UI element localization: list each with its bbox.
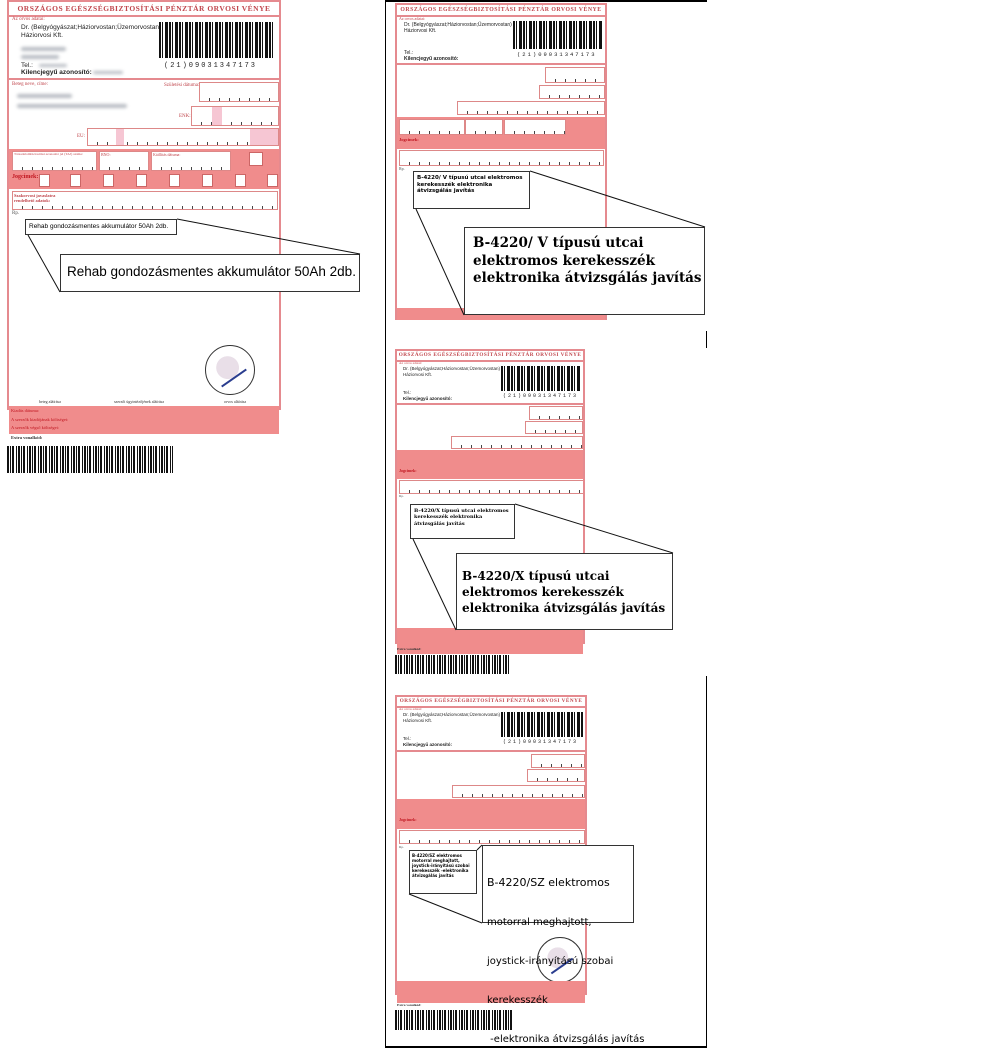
- callout-line: joystick-irányítású szobai: [487, 955, 629, 968]
- right-border-fragment: [706, 331, 707, 348]
- id-label: Kilencjegyű azonosító:: [403, 742, 452, 747]
- callout-2: B-4220/ V típusú utcai elektromos kereke…: [464, 227, 705, 315]
- separator: [397, 750, 585, 752]
- doctor-data-label: Az orvos adatai:: [399, 707, 422, 711]
- redacted-address: [21, 55, 59, 59]
- callout-3: B-4220/X típusú utcai elektromos kerekes…: [456, 553, 673, 630]
- birth-date-field: [545, 67, 605, 83]
- issue-date-field: [504, 119, 566, 135]
- tel-label: Tel.:: [21, 62, 33, 69]
- jogcim-band: [397, 466, 583, 479]
- birth-date-field: [199, 82, 279, 102]
- rp-label: Rp.: [399, 845, 404, 849]
- birth-date-field: [529, 406, 583, 420]
- device-field: [399, 830, 585, 844]
- top-border: [385, 0, 707, 2]
- small-note-3: B-4220/X típusú utcai elektromos kerekes…: [410, 504, 515, 539]
- doctor-line: Dr. (Belgyógyászat;Háziorvostan;Üzemorvo…: [403, 712, 500, 717]
- extra-barcode-label: Extra vonalkód:: [397, 647, 421, 651]
- patient-label: Beteg neve, címe:: [12, 82, 48, 87]
- jogcim-box: [103, 174, 114, 187]
- rp-label: Rp.: [12, 211, 19, 216]
- jogcim-label: Jogcímek:: [12, 174, 38, 180]
- footer-line: A szerzők végső költségei:: [11, 425, 59, 430]
- right-border: [706, 676, 707, 1048]
- enk-field: [191, 106, 279, 126]
- enk-field: [527, 769, 585, 782]
- tel-label: Tel.:: [403, 736, 411, 741]
- eu-field: [452, 785, 585, 798]
- form-barcode: [513, 21, 603, 49]
- footer-band-1: Kiadás dátuma: A szerzők kiadójának költ…: [9, 406, 279, 434]
- extra-barcode: [7, 446, 173, 473]
- enk-field: [539, 85, 605, 99]
- enk-field: [525, 421, 583, 434]
- eu-field: [87, 128, 279, 146]
- eu-field: [451, 436, 583, 449]
- callout-line: B-4220/SZ elektromos: [487, 876, 629, 890]
- small-note-text: B-4220/X típusú utcai elektromos kerekes…: [414, 508, 509, 527]
- callout-text: Rehab gondozásmentes akkumulátor 50Ah 2d…: [67, 264, 356, 279]
- rp-label: Rp.: [399, 166, 405, 171]
- tel-label: Tel.:: [403, 390, 411, 395]
- jogcim-box: [39, 174, 50, 187]
- jogcim-label: Jogcímek:: [399, 137, 419, 142]
- taj-band: [397, 799, 585, 815]
- jogcim-box: [267, 174, 278, 187]
- device-label: Szakorvosi javaslatra rendelhető adatok:: [14, 193, 64, 203]
- small-note-text: B-4220/ V típusú utcai elektromos kereke…: [417, 175, 523, 194]
- footer-line: Kiadás dátuma:: [11, 408, 39, 413]
- jogcim-box: [235, 174, 246, 187]
- practice-line: Háziorvosi Kft.: [403, 372, 432, 377]
- barcode-number: (21)09031347173: [517, 51, 597, 58]
- small-note-2: B-4220/ V típusú utcai elektromos kereke…: [413, 171, 530, 209]
- enk-label: ENK:: [179, 114, 191, 119]
- separator: [397, 63, 605, 65]
- callout-line: kerekesszék: [487, 994, 629, 1007]
- callout-line: elektronika átvizsgálás javítás: [473, 270, 696, 288]
- bno-label: BNO:: [101, 152, 111, 157]
- taj-label: Társadalombiztosítási azonosító jel (TAJ…: [14, 152, 83, 156]
- id-label: Kilencjegyű azonosító:: [404, 56, 458, 62]
- form-barcode: [501, 366, 581, 391]
- jogcim-box: [202, 174, 213, 187]
- small-note-text: B-4220/SZ elektromos motorral meghajtott…: [412, 853, 470, 878]
- form-title: ORSZÁGOS EGÉSZSÉGBIZTOSÍTÁSI PÉNZTÁR ORV…: [397, 351, 583, 362]
- birth-date-field: [531, 754, 585, 768]
- practice-line: Háziorvosi Kft.: [21, 32, 63, 39]
- redacted-patient: [17, 94, 72, 98]
- prescription-form-1: ORSZÁGOS EGÉSZSÉGBIZTOSÍTÁSI PÉNZTÁR ORV…: [7, 0, 281, 410]
- jogcim-band: [397, 135, 605, 149]
- form-barcode: [501, 712, 583, 737]
- jogcim-box: [169, 174, 180, 187]
- footer-line: A szerzők kiadójának költségei:: [11, 417, 68, 422]
- eu-field: [457, 101, 605, 115]
- rp-label: Rp.: [399, 494, 404, 498]
- doctor-line: Dr. (Belgyógyászat;Háziorvostan;Üzemorvo…: [403, 366, 500, 371]
- callout-4: B-4220/SZ elektromos motorral meghajtott…: [482, 845, 634, 923]
- extra-barcode-label: Extra vonalkód:: [11, 435, 42, 440]
- separator: [397, 403, 583, 405]
- doctor-data-label: Az orvos adatai:: [12, 17, 45, 22]
- small-note-text: Rehab gondozásmentes akkumulátor 50Ah 2d…: [29, 223, 168, 230]
- jogcim-label: Jogcímek:: [399, 817, 417, 822]
- small-note-1: Rehab gondozásmentes akkumulátor 50Ah 2d…: [25, 219, 177, 235]
- pharmacist-label: szerzői ügyintézőjének aláírása: [114, 399, 164, 404]
- callout-line: elektronika átvizsgálás javítás: [462, 600, 667, 616]
- callout-line: elektromos kerekesszék: [462, 584, 667, 600]
- doctor-data-label: Az orvos adatai:: [399, 361, 422, 365]
- form-barcode: [159, 22, 275, 58]
- doctor-sign-label: orvos aláírása: [224, 399, 246, 404]
- doctor-stamp: [205, 345, 255, 395]
- extra-barcode-label: Extra vonalkód:: [397, 1003, 421, 1007]
- extra-barcode: [395, 655, 510, 674]
- callout-line: B-4220/ V típusú utcai: [473, 235, 696, 253]
- footer-band-3: [397, 628, 583, 654]
- practice-line: Háziorvosi Kft.: [404, 28, 436, 34]
- redacted-address: [21, 47, 66, 51]
- barcode-number: (21)09031347173: [164, 62, 257, 70]
- redacted-id: [93, 71, 123, 74]
- taj-band: [397, 450, 583, 466]
- jogcim-box: [70, 174, 81, 187]
- callout-line: B-4220/X típusú utcai: [462, 568, 667, 584]
- eu-label: EU:: [77, 134, 85, 139]
- practice-line: Háziorvosi Kft.: [403, 718, 432, 723]
- device-field: [399, 480, 584, 494]
- jogcim-band: [397, 815, 585, 829]
- jogcim-box: [136, 174, 147, 187]
- bno-field: [465, 119, 503, 135]
- separator: [9, 78, 279, 80]
- redacted-patient: [17, 104, 127, 108]
- patient-signature-label: beteg aláírása: [39, 399, 61, 404]
- jogcim-label: Jogcímek:: [399, 468, 417, 473]
- small-note-4: B-4220/SZ elektromos motorral meghajtott…: [409, 850, 477, 894]
- callout-line: elektromos kerekesszék: [473, 253, 696, 271]
- id-label: Kilencjegyű azonosító:: [403, 396, 452, 401]
- callout-line: motorral meghajtott,: [487, 916, 629, 929]
- column-divider: [385, 0, 386, 1048]
- callout-1: Rehab gondozásmentes akkumulátor 50Ah 2d…: [60, 254, 360, 292]
- id-label: Kilencjegyű azonosító:: [21, 69, 92, 76]
- barcode-number: (21)09031347173: [503, 739, 578, 745]
- birth-label: Születési dátuma:: [164, 83, 199, 88]
- taj-field: [399, 119, 465, 135]
- callout-line: -elektronika átvizsgálás javítás: [487, 1033, 629, 1046]
- doctor-line: Dr. (Belgyógyászat;Háziorvostan;Üzemorvo…: [21, 24, 161, 31]
- priority-box: [249, 152, 263, 166]
- barcode-number: (21)09031347173: [503, 393, 578, 399]
- device-field: [399, 150, 604, 166]
- form-title: ORSZÁGOS EGÉSZSÉGBIZTOSÍTÁSI PÉNZTÁR ORV…: [397, 697, 585, 708]
- redacted-tel: [39, 64, 67, 67]
- form-title: ORSZÁGOS EGÉSZSÉGBIZTOSÍTÁSI PÉNZTÁR ORV…: [9, 2, 279, 17]
- doctor-data-label: Az orvos adatai:: [399, 16, 425, 21]
- issue-date-label: Kiállítás dátuma:: [153, 152, 180, 157]
- form-title: ORSZÁGOS EGÉSZSÉGBIZTOSÍTÁSI PÉNZTÁR ORV…: [397, 5, 605, 17]
